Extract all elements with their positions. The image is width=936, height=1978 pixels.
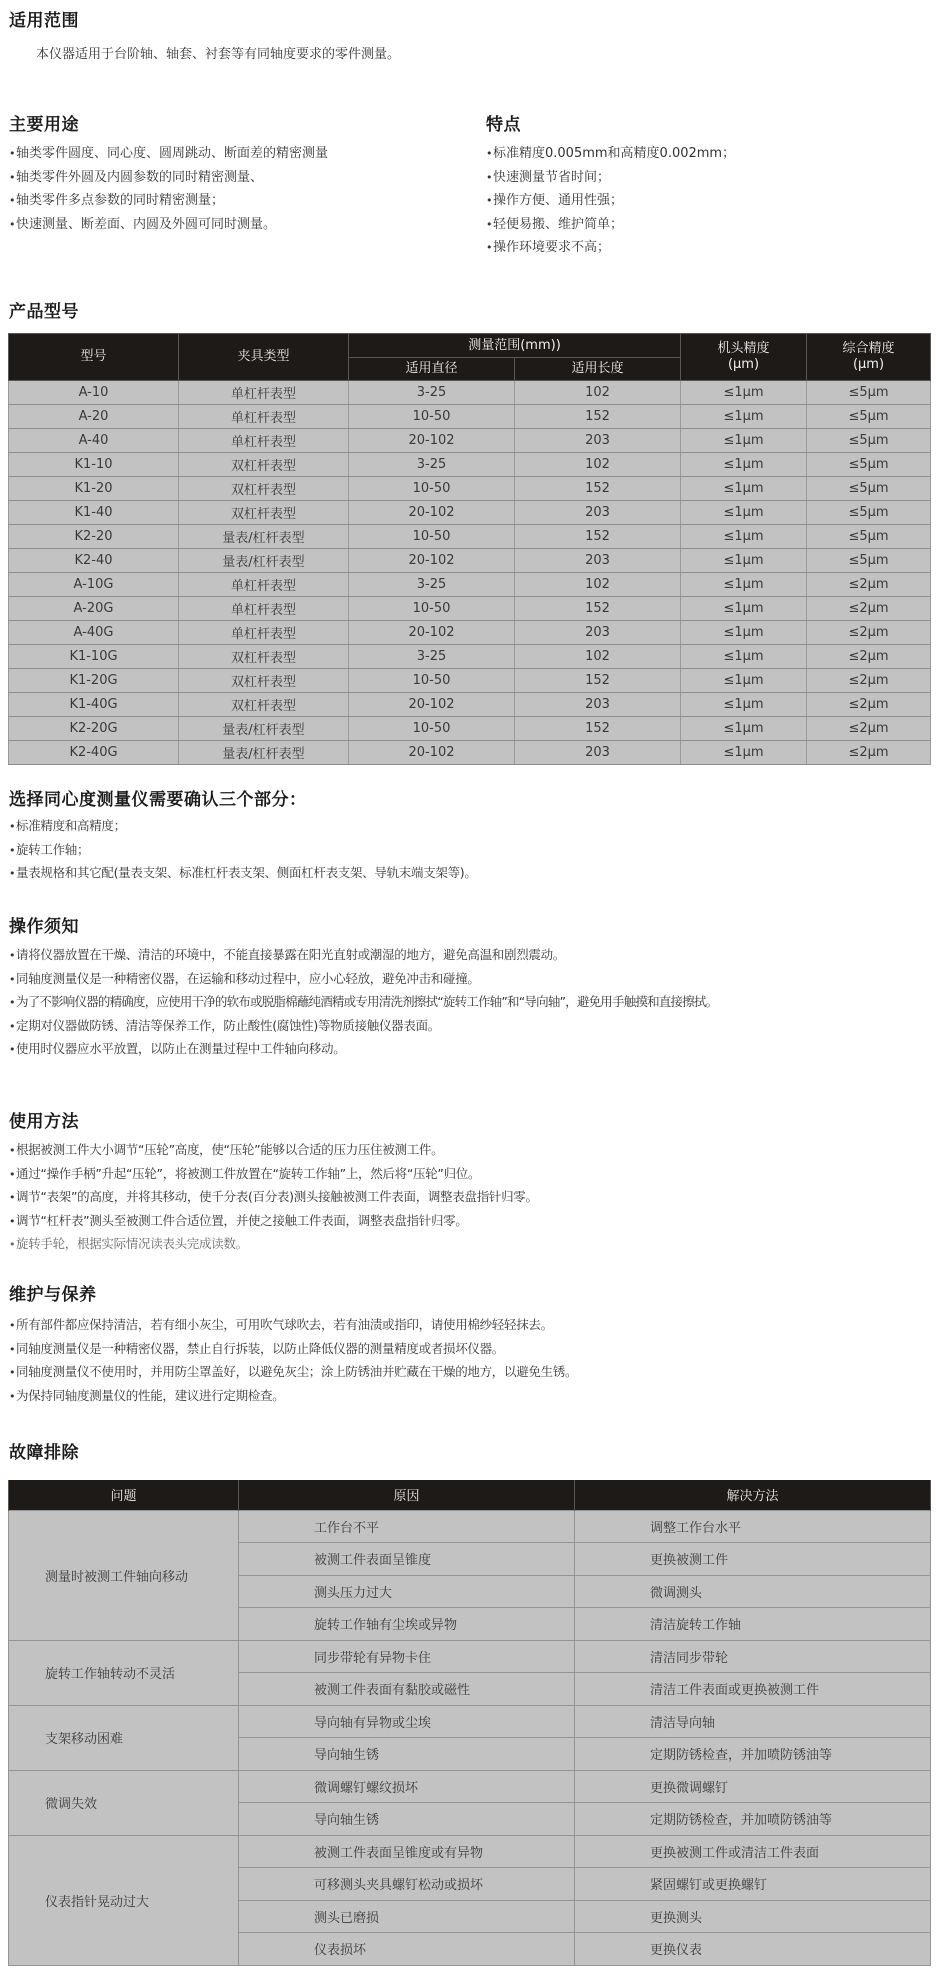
cell-diameter: 10-50 (349, 597, 515, 621)
list-item: •调节“表架”的高度，并将其移动，使千分表(百分表)测头接触被测工件表面，调整表… (9, 1185, 538, 1209)
cell-diameter: 10-50 (349, 525, 515, 549)
cell-fixture: 双杠杆表型 (179, 645, 349, 669)
cell-model: A-40G (9, 621, 179, 645)
cell-length: 102 (515, 645, 681, 669)
cell-fixture: 单杠杆表型 (179, 597, 349, 621)
cell-diameter: 20-102 (349, 693, 515, 717)
cell-length: 152 (515, 597, 681, 621)
cell-solution: 清洁工件表面或更换被测工件 (575, 1673, 931, 1706)
section-title-models: 产品型号 (9, 297, 79, 322)
cell-fixture: 双杠杆表型 (179, 453, 349, 477)
cell-head-accuracy: ≤1μm (681, 717, 807, 741)
cell-diameter: 10-50 (349, 405, 515, 429)
cell-fixture: 量表/杠杆表型 (179, 717, 349, 741)
section-title-uses: 主要用途 (9, 110, 79, 135)
cell-model: K1-10G (9, 645, 179, 669)
bullet-icon: • (9, 1139, 16, 1163)
cell-head-accuracy: ≤1μm (681, 741, 807, 765)
cell-model: A-20G (9, 597, 179, 621)
section-title-selection: 选择同心度测量仪需要确认三个部分： (9, 785, 307, 810)
bullet-icon: • (9, 815, 16, 839)
list-item: •操作方便、通用性强； (486, 189, 735, 213)
cell-total-accuracy: ≤5μm (807, 549, 931, 573)
uses-list: •轴类零件圆度、同心度、圆周跳动、断面差的精密测量 •轴类零件外圆及内圆参数的同… (9, 142, 328, 236)
list-item: •快速测量、断差面、内圆及外圆可同时测量。 (9, 213, 328, 237)
cell-solution: 更换微调螺钉 (575, 1770, 931, 1803)
cell-diameter: 3-25 (349, 381, 515, 405)
list-item: •量表规格和其它配(量表支架、标准杠杆表支架、侧面杠杆表支架、导轨末端支架等)。 (9, 861, 477, 885)
bullet-icon: • (9, 1233, 16, 1257)
bullet-icon: • (9, 1038, 16, 1062)
bullet-icon: • (9, 1361, 16, 1385)
list-item: •轻便易搬、维护简单； (486, 213, 735, 237)
cell-fixture: 双杠杆表型 (179, 693, 349, 717)
cell-model: K1-20G (9, 669, 179, 693)
cell-length: 203 (515, 741, 681, 765)
selection-list: •标准精度和高精度； •旋转工作轴； •量表规格和其它配(量表支架、标准杠杆表支… (9, 814, 477, 885)
cell-fixture: 单杠杆表型 (179, 429, 349, 453)
header-head-accuracy: 机头精度(μm) (681, 334, 807, 381)
cell-diameter: 20-102 (349, 621, 515, 645)
list-item: •操作环境要求不高； (486, 236, 735, 260)
cell-solution: 定期防锈检查，并加喷防锈油等 (575, 1803, 931, 1836)
section-title-scope: 适用范围 (9, 6, 79, 31)
bullet-icon: • (9, 1186, 16, 1210)
bullet-icon: • (9, 1163, 16, 1187)
cell-total-accuracy: ≤5μm (807, 381, 931, 405)
cell-diameter: 20-102 (349, 549, 515, 573)
cell-diameter: 3-25 (349, 453, 515, 477)
cell-diameter: 20-102 (349, 741, 515, 765)
cell-problem: 旋转工作轴转动不灵活 (9, 1640, 239, 1705)
cell-total-accuracy: ≤5μm (807, 501, 931, 525)
table-row: A-10G单杠杆表型3-25102≤1μm≤2μm (9, 573, 931, 597)
bullet-icon: • (486, 213, 493, 237)
cell-total-accuracy: ≤2μm (807, 573, 931, 597)
list-item: •通过“操作手柄”升起“压轮”，将被测工件放置在“旋转工作轴”上，然后将“压轮”… (9, 1162, 538, 1186)
header-fixture: 夹具类型 (179, 334, 349, 381)
table-row: K1-20G双杠杆表型10-50152≤1μm≤2μm (9, 669, 931, 693)
list-item: •轴类零件多点参数的同时精密测量； (9, 189, 328, 213)
header-range: 测量范围(mm)) (349, 334, 681, 358)
cell-solution: 微调测头 (575, 1575, 931, 1608)
bullet-icon: • (9, 1314, 16, 1338)
cell-solution: 清洁同步带轮 (575, 1640, 931, 1673)
cell-diameter: 10-50 (349, 717, 515, 741)
bullet-icon: • (9, 862, 16, 886)
table-row: K1-20双杠杆表型10-50152≤1μm≤5μm (9, 477, 931, 501)
bullet-icon: • (9, 944, 16, 968)
cell-total-accuracy: ≤2μm (807, 741, 931, 765)
cell-cause: 测头已磨损 (239, 1900, 575, 1933)
cell-total-accuracy: ≤2μm (807, 621, 931, 645)
cell-solution: 更换被测工件或清洁工件表面 (575, 1835, 931, 1868)
header-cause: 原因 (239, 1480, 575, 1510)
cell-total-accuracy: ≤2μm (807, 597, 931, 621)
cell-model: A-20 (9, 405, 179, 429)
cell-solution: 清洁导向轴 (575, 1705, 931, 1738)
table-row: 仪表指针晃动过大被测工件表面呈锥度或有异物更换被测工件或清洁工件表面 (9, 1835, 931, 1868)
cell-total-accuracy: ≤5μm (807, 477, 931, 501)
scope-text: 本仪器适用于台阶轴、轴套、衬套等有同轴度要求的零件测量。 (36, 43, 400, 62)
cell-solution: 调整工作台水平 (575, 1510, 931, 1543)
cell-head-accuracy: ≤1μm (681, 501, 807, 525)
features-list: •标准精度0.005mm和高精度0.002mm； •快速测量节省时间； •操作方… (486, 142, 735, 260)
cell-head-accuracy: ≤1μm (681, 573, 807, 597)
cell-model: K1-20 (9, 477, 179, 501)
cell-length: 102 (515, 381, 681, 405)
bullet-icon: • (9, 1210, 16, 1234)
cell-cause: 同步带轮有异物卡住 (239, 1640, 575, 1673)
table-row: A-40单杠杆表型20-102203≤1μm≤5μm (9, 429, 931, 453)
cell-length: 152 (515, 717, 681, 741)
maintenance-list: •所有部件都应保持清洁，若有细小灰尘，可用吹气球吹去，若有油渍或指印，请使用棉纱… (9, 1313, 577, 1407)
header-total-accuracy: 综合精度(μm) (807, 334, 931, 381)
cell-model: K2-20 (9, 525, 179, 549)
cell-model: A-10 (9, 381, 179, 405)
cell-cause: 工作台不平 (239, 1510, 575, 1543)
cell-head-accuracy: ≤1μm (681, 525, 807, 549)
cell-length: 203 (515, 621, 681, 645)
cell-fixture: 双杠杆表型 (179, 477, 349, 501)
cell-model: K2-20G (9, 717, 179, 741)
cell-solution: 定期防锈检查，并加喷防锈油等 (575, 1738, 931, 1771)
list-item: •为保持同轴度测量仪的性能，建议进行定期检查。 (9, 1384, 577, 1408)
bullet-icon: • (486, 189, 493, 213)
cell-problem: 仪表指针晃动过大 (9, 1835, 239, 1965)
table-row: 测量时被测工件轴向移动工作台不平调整工作台水平 (9, 1510, 931, 1543)
cell-problem: 微调失效 (9, 1770, 239, 1835)
list-item: •旋转手轮，根据实际情况读表头完成读数。 (9, 1232, 538, 1256)
cell-cause: 被测工件表面有黏胶或磁性 (239, 1673, 575, 1706)
cell-diameter: 3-25 (349, 573, 515, 597)
header-length: 适用长度 (515, 358, 681, 381)
header-problem: 问题 (9, 1480, 239, 1510)
cell-fixture: 双杠杆表型 (179, 669, 349, 693)
bullet-icon: • (9, 1015, 16, 1039)
cell-solution: 更换仪表 (575, 1933, 931, 1966)
cell-total-accuracy: ≤5μm (807, 405, 931, 429)
list-item: •为了不影响仪器的精确度，应使用干净的软布或脱脂棉蘸纯酒精或专用清洗剂擦拭“旋转… (9, 990, 717, 1014)
table-row: A-20G单杠杆表型10-50152≤1μm≤2μm (9, 597, 931, 621)
cell-total-accuracy: ≤2μm (807, 669, 931, 693)
cell-length: 102 (515, 453, 681, 477)
usage-list: •根据被测工件大小调节“压轮”高度，使“压轮”能够以合适的压力压住被测工件。 •… (9, 1138, 538, 1256)
cell-fixture: 单杠杆表型 (179, 381, 349, 405)
cell-cause: 导向轴生锈 (239, 1738, 575, 1771)
bullet-icon: • (486, 236, 493, 260)
cell-head-accuracy: ≤1μm (681, 453, 807, 477)
list-item: •同轴度测量仪是一种精密仪器，在运输和移动过程中，应小心轻放，避免冲击和碰撞。 (9, 967, 717, 991)
header-diameter: 适用直径 (349, 358, 515, 381)
list-item: •标准精度和高精度； (9, 814, 477, 838)
bullet-icon: • (9, 1338, 16, 1362)
cell-fixture: 单杠杆表型 (179, 405, 349, 429)
bullet-icon: • (9, 968, 16, 992)
cell-head-accuracy: ≤1μm (681, 597, 807, 621)
cell-length: 152 (515, 669, 681, 693)
troubleshooting-table: 问题 原因 解决方法 测量时被测工件轴向移动工作台不平调整工作台水平被测工件表面… (8, 1480, 931, 1966)
cell-cause: 导向轴生锈 (239, 1803, 575, 1836)
cell-head-accuracy: ≤1μm (681, 669, 807, 693)
table-row: K1-40G双杠杆表型20-102203≤1μm≤2μm (9, 693, 931, 717)
cell-fixture: 双杠杆表型 (179, 501, 349, 525)
cell-total-accuracy: ≤2μm (807, 717, 931, 741)
section-title-troubleshooting: 故障排除 (9, 1438, 79, 1463)
list-item: •旋转工作轴； (9, 838, 477, 862)
list-item: •调节“杠杆表”测头至被测工件合适位置，并使之接触工件表面，调整表盘指针归零。 (9, 1209, 538, 1233)
cell-head-accuracy: ≤1μm (681, 429, 807, 453)
cell-model: K2-40 (9, 549, 179, 573)
list-item: •使用时仪器应水平放置，以防止在测量过程中工件轴向移动。 (9, 1037, 717, 1061)
cell-cause: 测头压力过大 (239, 1575, 575, 1608)
cell-length: 203 (515, 429, 681, 453)
table-row: 微调失效微调螺钉螺纹损坏更换微调螺钉 (9, 1770, 931, 1803)
list-item: •轴类零件圆度、同心度、圆周跳动、断面差的精密测量 (9, 142, 328, 166)
bullet-icon: • (9, 839, 16, 863)
cell-solution: 更换测头 (575, 1900, 931, 1933)
cell-fixture: 量表/杠杆表型 (179, 549, 349, 573)
table-row: K1-10G双杠杆表型3-25102≤1μm≤2μm (9, 645, 931, 669)
cell-length: 152 (515, 525, 681, 549)
cell-head-accuracy: ≤1μm (681, 381, 807, 405)
cell-head-accuracy: ≤1μm (681, 477, 807, 501)
cell-cause: 仪表损坏 (239, 1933, 575, 1966)
section-title-features: 特点 (486, 110, 521, 135)
header-solution: 解决方法 (575, 1480, 931, 1510)
bullet-icon: • (9, 213, 16, 237)
cell-problem: 支架移动困难 (9, 1705, 239, 1770)
list-item: •同轴度测量仪不使用时，并用防尘罩盖好，以避免灰尘；涂上防锈油并贮藏在干燥的地方… (9, 1360, 577, 1384)
cell-head-accuracy: ≤1μm (681, 549, 807, 573)
table-row: A-10单杠杆表型3-25102≤1μm≤5μm (9, 381, 931, 405)
table-row: K2-20量表/杠杆表型10-50152≤1μm≤5μm (9, 525, 931, 549)
cell-total-accuracy: ≤2μm (807, 693, 931, 717)
cell-diameter: 20-102 (349, 501, 515, 525)
cell-head-accuracy: ≤1μm (681, 405, 807, 429)
table-row: K2-20G量表/杠杆表型10-50152≤1μm≤2μm (9, 717, 931, 741)
list-item: •所有部件都应保持清洁，若有细小灰尘，可用吹气球吹去，若有油渍或指印，请使用棉纱… (9, 1313, 577, 1337)
cell-diameter: 10-50 (349, 669, 515, 693)
table-row: A-40G单杠杆表型20-102203≤1μm≤2μm (9, 621, 931, 645)
cell-diameter: 20-102 (349, 429, 515, 453)
list-item: •轴类零件外圆及内圆参数的同时精密测量、 (9, 166, 328, 190)
list-item: •标准精度0.005mm和高精度0.002mm； (486, 142, 735, 166)
table-row: 支架移动困难导向轴有异物或尘埃清洁导向轴 (9, 1705, 931, 1738)
cell-length: 152 (515, 477, 681, 501)
bullet-icon: • (486, 142, 493, 166)
bullet-icon: • (9, 189, 16, 213)
bullet-icon: • (486, 166, 493, 190)
header-model: 型号 (9, 334, 179, 381)
cell-model: A-40 (9, 429, 179, 453)
table-row: K2-40G量表/杠杆表型20-102203≤1μm≤2μm (9, 741, 931, 765)
cell-length: 203 (515, 693, 681, 717)
cell-total-accuracy: ≤5μm (807, 429, 931, 453)
cell-total-accuracy: ≤5μm (807, 525, 931, 549)
cell-cause: 旋转工作轴有尘埃或异物 (239, 1608, 575, 1641)
cell-solution: 清洁旋转工作轴 (575, 1608, 931, 1641)
cell-fixture: 量表/杠杆表型 (179, 525, 349, 549)
cell-problem: 测量时被测工件轴向移动 (9, 1510, 239, 1640)
cell-fixture: 单杠杆表型 (179, 621, 349, 645)
cell-length: 152 (515, 405, 681, 429)
cell-diameter: 10-50 (349, 477, 515, 501)
product-model-table: 型号 夹具类型 测量范围(mm)) 机头精度(μm) 综合精度(μm) 适用直径… (8, 333, 931, 765)
cell-solution: 更换被测工件 (575, 1543, 931, 1576)
cell-model: K1-10 (9, 453, 179, 477)
cell-length: 102 (515, 573, 681, 597)
cell-cause: 微调螺钉螺纹损坏 (239, 1770, 575, 1803)
cell-head-accuracy: ≤1μm (681, 693, 807, 717)
cell-fixture: 量表/杠杆表型 (179, 741, 349, 765)
cell-total-accuracy: ≤2μm (807, 645, 931, 669)
cell-cause: 被测工件表面呈锥度或有异物 (239, 1835, 575, 1868)
cell-model: K1-40G (9, 693, 179, 717)
cell-diameter: 3-25 (349, 645, 515, 669)
cell-head-accuracy: ≤1μm (681, 621, 807, 645)
list-item: •定期对仪器做防锈、清洁等保养工作，防止酸性(腐蚀性)等物质接触仪器表面。 (9, 1014, 717, 1038)
cell-total-accuracy: ≤5μm (807, 453, 931, 477)
table-row: K1-40双杠杆表型20-102203≤1μm≤5μm (9, 501, 931, 525)
cell-cause: 导向轴有异物或尘埃 (239, 1705, 575, 1738)
section-title-notice: 操作须知 (9, 912, 79, 937)
list-item: •同轴度测量仪是一种精密仪器，禁止自行拆装，以防止降低仪器的测量精度或者损坏仪器… (9, 1337, 577, 1361)
bullet-icon: • (9, 1385, 16, 1409)
bullet-icon: • (9, 991, 16, 1015)
section-title-usage: 使用方法 (9, 1107, 79, 1132)
table-row: 旋转工作轴转动不灵活同步带轮有异物卡住清洁同步带轮 (9, 1640, 931, 1673)
cell-solution: 紧固螺钉或更换螺钉 (575, 1868, 931, 1901)
cell-model: K1-40 (9, 501, 179, 525)
list-item: •根据被测工件大小调节“压轮”高度，使“压轮”能够以合适的压力压住被测工件。 (9, 1138, 538, 1162)
bullet-icon: • (9, 166, 16, 190)
cell-head-accuracy: ≤1μm (681, 645, 807, 669)
cell-length: 203 (515, 501, 681, 525)
cell-fixture: 单杠杆表型 (179, 573, 349, 597)
notice-list: •请将仪器放置在干燥、清洁的环境中，不能直接暴露在阳光直射或潮湿的地方，避免高温… (9, 943, 717, 1061)
cell-cause: 被测工件表面呈锥度 (239, 1543, 575, 1576)
section-title-maintenance: 维护与保养 (9, 1280, 97, 1305)
table-row: K1-10双杠杆表型3-25102≤1μm≤5μm (9, 453, 931, 477)
table-row: K2-40量表/杠杆表型20-102203≤1μm≤5μm (9, 549, 931, 573)
cell-model: K2-40G (9, 741, 179, 765)
cell-length: 203 (515, 549, 681, 573)
cell-model: A-10G (9, 573, 179, 597)
list-item: •请将仪器放置在干燥、清洁的环境中，不能直接暴露在阳光直射或潮湿的地方，避免高温… (9, 943, 717, 967)
list-item: •快速测量节省时间； (486, 166, 735, 190)
cell-cause: 可移测头夹具螺钉松动或损坏 (239, 1868, 575, 1901)
bullet-icon: • (9, 142, 16, 166)
table-row: A-20单杠杆表型10-50152≤1μm≤5μm (9, 405, 931, 429)
